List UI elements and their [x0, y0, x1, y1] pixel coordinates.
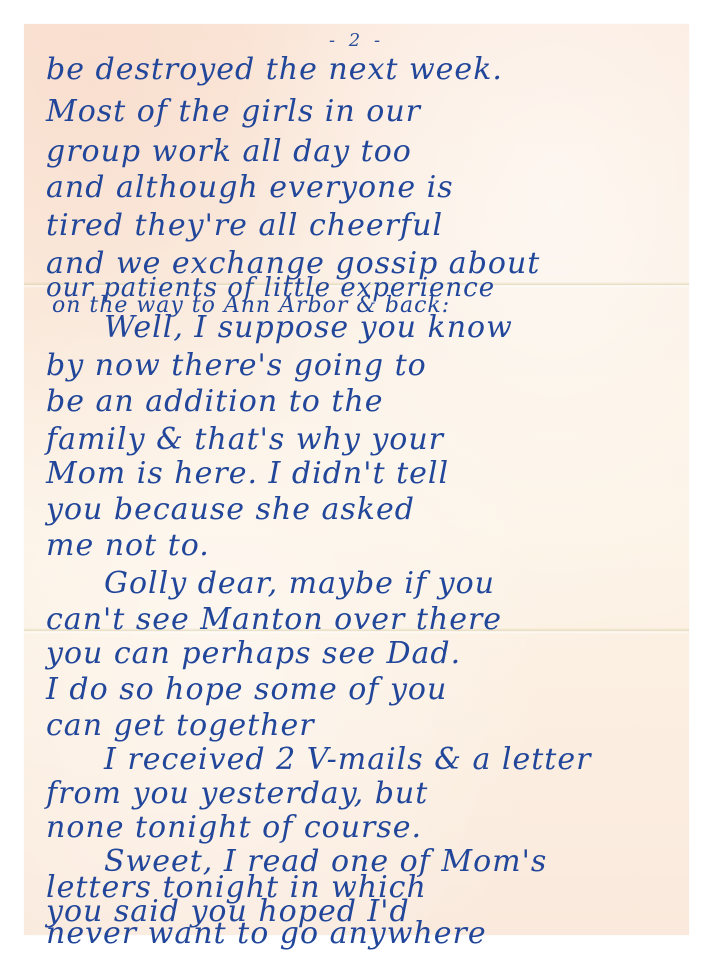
letter-page: - 2 - be destroyed the next week. Most o… — [24, 24, 689, 935]
letter-line: tired they're all cheerful — [46, 208, 675, 244]
letter-line: and although everyone is — [46, 170, 675, 206]
letter-line: Well, I suppose you know — [104, 310, 675, 346]
letter-line: be destroyed the next week. — [46, 52, 675, 88]
letter-line: Most of the girls in our — [46, 94, 675, 130]
letter-line: you because she asked — [46, 492, 675, 528]
letter-line: can't see Manton over there — [46, 602, 675, 638]
letter-line: group work all day too — [46, 134, 675, 170]
letter-line: none tonight of course. — [46, 810, 675, 846]
letter-line: me not to. — [46, 528, 675, 564]
letter-line: Golly dear, maybe if you — [104, 566, 675, 602]
letter-line: can get together — [46, 708, 675, 744]
letter-line: from you yesterday, but — [46, 776, 675, 812]
letter-line: never want to go anywhere — [46, 916, 675, 952]
letter-line: Mom is here. I didn't tell — [46, 456, 675, 492]
letter-line: I do so hope some of you — [46, 672, 675, 708]
letter-line: family & that's why your — [46, 422, 675, 458]
letter-body: be destroyed the next week. Most of the … — [24, 24, 689, 935]
letter-line: by now there's going to — [46, 348, 675, 384]
letter-line: be an addition to the — [46, 384, 675, 420]
letter-line: I received 2 V-mails & a letter — [104, 742, 675, 778]
letter-line: you can perhaps see Dad. — [46, 636, 675, 672]
